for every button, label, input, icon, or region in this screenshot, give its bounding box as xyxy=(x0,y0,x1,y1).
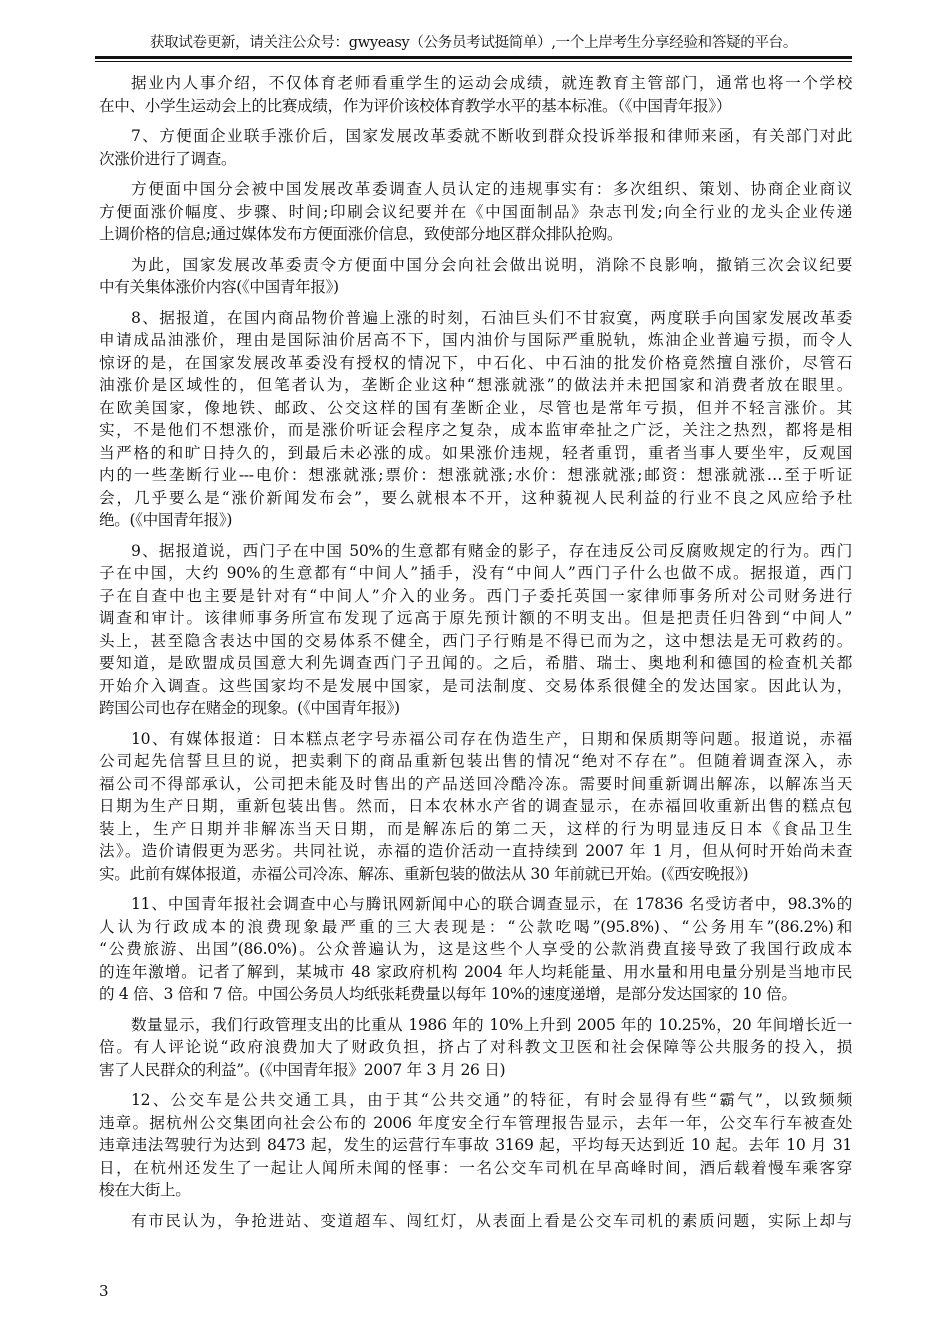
text-line: 上调价格的信息;通过媒体发布方便面涨价信息，致使部分地区群众排队抢购。 xyxy=(99,223,852,246)
text-line: 实，不是他们不想涨价，而是涨价听证会程序之复杂，成本监审牵扯之广泛，关注之热烈，… xyxy=(99,419,852,442)
text-line: 调查和审计。该律师事务所宣布发现了远高于原先预计额的不明支出。但是把责任归咎到“… xyxy=(99,607,852,630)
text-line: 方便面涨价幅度、步骤、时间;印刷会议纪要并在《中国面制品》杂志刊发;向全行业的龙… xyxy=(99,201,852,224)
text-line: 中有关集体涨价内容(《中国青年报》) xyxy=(99,276,852,299)
text-line: 跨国公司也存在赌金的现象。(《中国青年报》) xyxy=(99,697,852,720)
text-line: 开始介入调查。这些国家均不是发展中国家，是司法制度、交易体系很健全的发达国家。因… xyxy=(99,675,852,698)
text-line: 子在中国，大约 90%的生意都有“中间人”插手，没有“中间人”西门子什么也做不成… xyxy=(99,562,852,585)
text-line: 内的一些垄断行业---电价：想涨就涨;票价：想涨就涨;水价：想涨就涨;邮资：想涨… xyxy=(99,464,852,487)
text-line: 法》。造价请假更为恶劣。共同社说，赤福的造价活动一直持续到 2007 年 1 月… xyxy=(99,840,852,863)
text-line: 油涨价是区域性的，但笔者认为，垄断企业这种“想涨就涨”的做法并未把国家和消费者放… xyxy=(99,374,852,397)
header-rule-thin xyxy=(95,61,852,62)
text-line: 违章违法驾驶行为达到 8473 起，发生的运营行车事故 3169 起，平均每天达… xyxy=(99,1134,852,1157)
text-line: 7、方便面企业联手涨价后，国家发展改革委就不断收到群众投诉举报和律师来函，有关部… xyxy=(99,125,852,148)
page-number: 3 xyxy=(99,1282,109,1300)
paragraph-12b: 有市民认为，争抢进站、变道超车、闯红灯，从表面上看是公交车司机的素质问题，实际上… xyxy=(99,1210,852,1233)
paragraph-7c: 为此，国家发展改革委责令方便面中国分会向社会做出说明，消除不良影响，撤销三次会议… xyxy=(99,254,852,299)
text-line: 日期为生产日期，重新包装出售。然而，日本农林水产省的调查显示，在赤福回收重新出售… xyxy=(99,795,852,818)
page-header: 获取试卷更新，请关注公众号：gwyeasy（公务员考试挺简单）,一个上岸考生分享… xyxy=(95,34,852,52)
paragraph-12: 12、公交车是公共交通工具，由于其“公共交通”的特征，有时会显得有些“霸气”，以… xyxy=(99,1089,852,1202)
text-line: 违章。据杭州公交集团向社会公布的 2006 年度安全行车管理报告显示，去年一年，… xyxy=(99,1112,852,1135)
text-line: 头上，甚至隐含表达中国的交易体系不健全，西门子行贿是不得已而为之，这中想法是无可… xyxy=(99,630,852,653)
text-line: 人认为行政成本的浪费现象最严重的三大表现是：“公款吃喝”(95.8%)、“公务用… xyxy=(99,916,852,939)
text-line: 的连年激增。记者了解到，某城市 48 家政府机构 2004 年人均耗能量、用水量… xyxy=(99,961,852,984)
text-line: 会，几乎要么是“涨价新闻发布会”，要么就根本不开，这种藐视人民利益的行业不良之风… xyxy=(99,487,852,510)
text-line: 日，在杭州还发生了一起让人闻所未闻的怪事：一名公交车司机在早高峰时间，酒后载着慢… xyxy=(99,1157,852,1180)
text-line: 11、中国青年报社会调查中心与腾讯网新闻中心的联合调查显示，在 17836 名受… xyxy=(99,893,852,916)
text-line: 福公司不得部承认，公司把未能及时售出的产品送回冷酷冷冻。需要时间重新调出解冻，以… xyxy=(99,773,852,796)
text-line: 8、据报道，在国内商品物价普遍上涨的时刻，石油巨头们不甘寂寞，两度联手向国家发展… xyxy=(99,307,852,330)
document-body: 据业内人事介绍，不仅体育老师看重学生的运动会成绩，就连教育主管部门，通常也将一个… xyxy=(99,72,852,1240)
text-line: 在欧美国家，像地铁、邮政、公交这样的国有垄断企业，尽管也是常年亏损，但并不轻言涨… xyxy=(99,397,852,420)
text-line: “公费旅游、出国”(86.0%)。公众普遍认为，这是这些个人享受的公款消费直接导… xyxy=(99,938,852,961)
text-line: 申请成品油涨价，理由是国际油价居高不下，国内油价与国际严重脱轨，炼油企业普遍亏损… xyxy=(99,329,852,352)
text-line: 惊讶的是，在国家发展改革委没有授权的情况下，中石化、中石油的批发价格竟然擅自涨价… xyxy=(99,352,852,375)
text-line: 装上，生产日期并非解冻当天日期，而是解冻后的第二天，这样的行为明显违反日本《食品… xyxy=(99,818,852,841)
text-line: 10、有媒体报道：日本糕点老字号赤福公司存在伪造生产，日期和保质期等问题。报道说… xyxy=(99,728,852,751)
text-line: 为此，国家发展改革委责令方便面中国分会向社会做出说明，消除不良影响，撤销三次会议… xyxy=(99,254,852,277)
text-line: 在中、小学生运动会上的比赛成绩，作为评价该校体育教学水平的基本标准。（《中国青年… xyxy=(99,95,852,118)
text-line: 有市民认为，争抢进站、变道超车、闯红灯，从表面上看是公交车司机的素质问题，实际上… xyxy=(99,1210,852,1233)
paragraph-sports: 据业内人事介绍，不仅体育老师看重学生的运动会成绩，就连教育主管部门，通常也将一个… xyxy=(99,72,852,117)
text-line: 次涨价进行了调查。 xyxy=(99,148,852,171)
text-line: 倍。有人评论说“政府浪费加大了财政负担，挤占了对科教文卫医和社会保障等公共服务的… xyxy=(99,1036,852,1059)
text-line: 公司起先信誓旦旦的说，把卖剩下的商品重新包装出售的情况“绝对不存在”。但随着调查… xyxy=(99,750,852,773)
paragraph-11: 11、中国青年报社会调查中心与腾讯网新闻中心的联合调查显示，在 17836 名受… xyxy=(99,893,852,1006)
paragraph-11b: 数量显示，我们行政管理支出的比重从 1986 年的 10%上升到 2005 年的… xyxy=(99,1014,852,1082)
text-line: 害了人民群众的利益”。(《中国青年报》2007 年 3 月 26 日) xyxy=(99,1059,852,1082)
text-line: 要知道，是欧盟成员国意大利先调查西门子丑闻的。之后，希腊、瑞士、奥地利和德国的检… xyxy=(99,652,852,675)
text-line: 当严格的和旷日持久的，到最后未必涨的成。如果涨价违规，轻者重罚，重者当事人要坐牢… xyxy=(99,442,852,465)
header-rule-thick xyxy=(95,56,852,59)
paragraph-9: 9、据报道说，西门子在中国 50%的生意都有赌金的影子，存在违反公司反腐败规定的… xyxy=(99,540,852,720)
text-line: 实。此前有媒体报道，赤福公司冷冻、解冻、重新包装的做法从 30 年前就已开始。(… xyxy=(99,863,852,886)
paragraph-7: 7、方便面企业联手涨价后，国家发展改革委就不断收到群众投诉举报和律师来函，有关部… xyxy=(99,125,852,170)
text-line: 子在自查中也主要是针对有“中间人”介入的业务。西门子委托英国一家律师事务所对公司… xyxy=(99,585,852,608)
text-line: 9、据报道说，西门子在中国 50%的生意都有赌金的影子，存在违反公司反腐败规定的… xyxy=(99,540,852,563)
paragraph-10: 10、有媒体报道：日本糕点老字号赤福公司存在伪造生产，日期和保质期等问题。报道说… xyxy=(99,728,852,886)
text-line: 据业内人事介绍，不仅体育老师看重学生的运动会成绩，就连教育主管部门，通常也将一个… xyxy=(99,72,852,95)
text-line: 方便面中国分会被中国发展改革委调查人员认定的违规事实有：多次组织、策划、协商企业… xyxy=(99,178,852,201)
text-line: 的 4 倍、3 倍和 7 倍。中国公务员人均纸张耗费量以每年 10%的速度递增，… xyxy=(99,983,852,1006)
text-line: 12、公交车是公共交通工具，由于其“公共交通”的特征，有时会显得有些“霸气”，以… xyxy=(99,1089,852,1112)
paragraph-7b: 方便面中国分会被中国发展改革委调查人员认定的违规事实有：多次组织、策划、协商企业… xyxy=(99,178,852,246)
text-line: 梭在大街上。 xyxy=(99,1179,852,1202)
text-line: 绝。(《中国青年报》) xyxy=(99,509,852,532)
paragraph-8: 8、据报道，在国内商品物价普遍上涨的时刻，石油巨头们不甘寂寞，两度联手向国家发展… xyxy=(99,307,852,532)
text-line: 数量显示，我们行政管理支出的比重从 1986 年的 10%上升到 2005 年的… xyxy=(99,1014,852,1037)
